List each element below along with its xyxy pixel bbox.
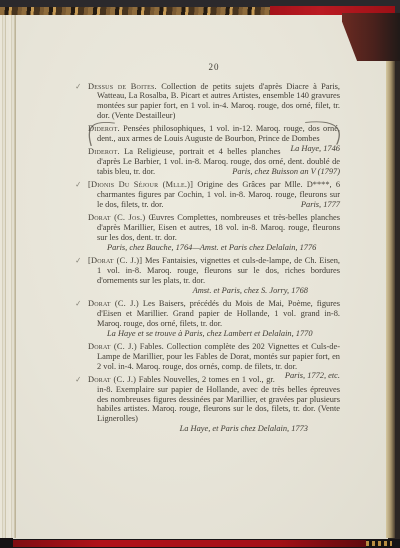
- entry-imprint: Paris, 1777: [301, 200, 340, 210]
- entry-author: Diderot.: [88, 124, 120, 133]
- catalog-entry-bracketed: Diderot. Pensées philosophiques, 1 vol. …: [88, 124, 340, 144]
- catalog-entry: ✓Dessus de Boites. Collection de petits …: [88, 82, 340, 121]
- entry-imprint: La Haye, et Paris chez Delalain, 1773: [97, 424, 340, 434]
- entry-author: Dorat (C. J.): [88, 375, 136, 384]
- entry-author: [Dorat (C. J.)]: [88, 256, 142, 265]
- bottom-left-corner-shadow: [0, 538, 13, 548]
- handwritten-check-mark: ✓: [75, 256, 83, 266]
- page-number: 20: [88, 62, 340, 73]
- entry-imprint: Paris, chez Bauche, 1764—Amst. et Paris …: [97, 243, 340, 253]
- right-page-fore-edge: [386, 60, 395, 538]
- handwritten-check-mark: ✓: [75, 375, 83, 385]
- photographed-book-page: 20 ✓Dessus de Boites. Collection de peti…: [0, 0, 400, 548]
- entry-author: Diderot.: [88, 147, 120, 156]
- entry-author: Dessus de Boites.: [88, 82, 157, 91]
- entry-imprint: La Haye et se trouve à Paris, chez Lambe…: [97, 329, 340, 339]
- left-page-edges: [0, 15, 16, 538]
- gilt-decoration-bottom-right: [366, 541, 392, 546]
- handwritten-check-mark: ✓: [75, 180, 83, 190]
- entry-author: Dorat (C. Jos.): [88, 213, 145, 222]
- entry-author: Dorat (C. J.): [88, 299, 139, 308]
- red-binding-bottom: [12, 540, 366, 547]
- catalog-entry: ✓Dorat (C. J.) Les Baisers, précédés du …: [88, 299, 340, 338]
- entry-author: Dorat (C. J.): [88, 342, 137, 351]
- page-text-block: 20 ✓Dessus de Boites. Collection de peti…: [88, 62, 340, 437]
- catalog-entry: Dorat (C. Jos.) Œuvres Complettes, nombr…: [88, 213, 340, 252]
- entry-author: [Dionis Du Séjour (Mlle.)]: [88, 180, 193, 189]
- entry-imprint: Paris, chez Buisson an V (1797): [232, 167, 340, 177]
- catalog-entry: Diderot. La Religieuse, portrait et 4 be…: [88, 147, 340, 176]
- handwritten-check-mark: ✓: [75, 81, 83, 91]
- handwritten-check-mark: ✓: [75, 299, 83, 309]
- catalog-entry: ✓Dorat (C. J.) Fables Nouvelles, 2 tomes…: [88, 375, 340, 434]
- catalog-entry: ✓[Dionis Du Séjour (Mlle.)] Origine des …: [88, 180, 340, 209]
- catalog-entry: Dorat (C. J.) Fables. Collection complèt…: [88, 342, 340, 371]
- book-top-marbled-edge: [0, 7, 276, 15]
- entry-imprint: Amst. et Paris, chez S. Jorry, 1768: [97, 286, 340, 296]
- catalog-entry: ✓[Dorat (C. J.)] Mes Fantaisies, vignett…: [88, 256, 340, 295]
- entry-description: Pensées philosophiques, 1 vol. in-12. Ma…: [97, 124, 340, 143]
